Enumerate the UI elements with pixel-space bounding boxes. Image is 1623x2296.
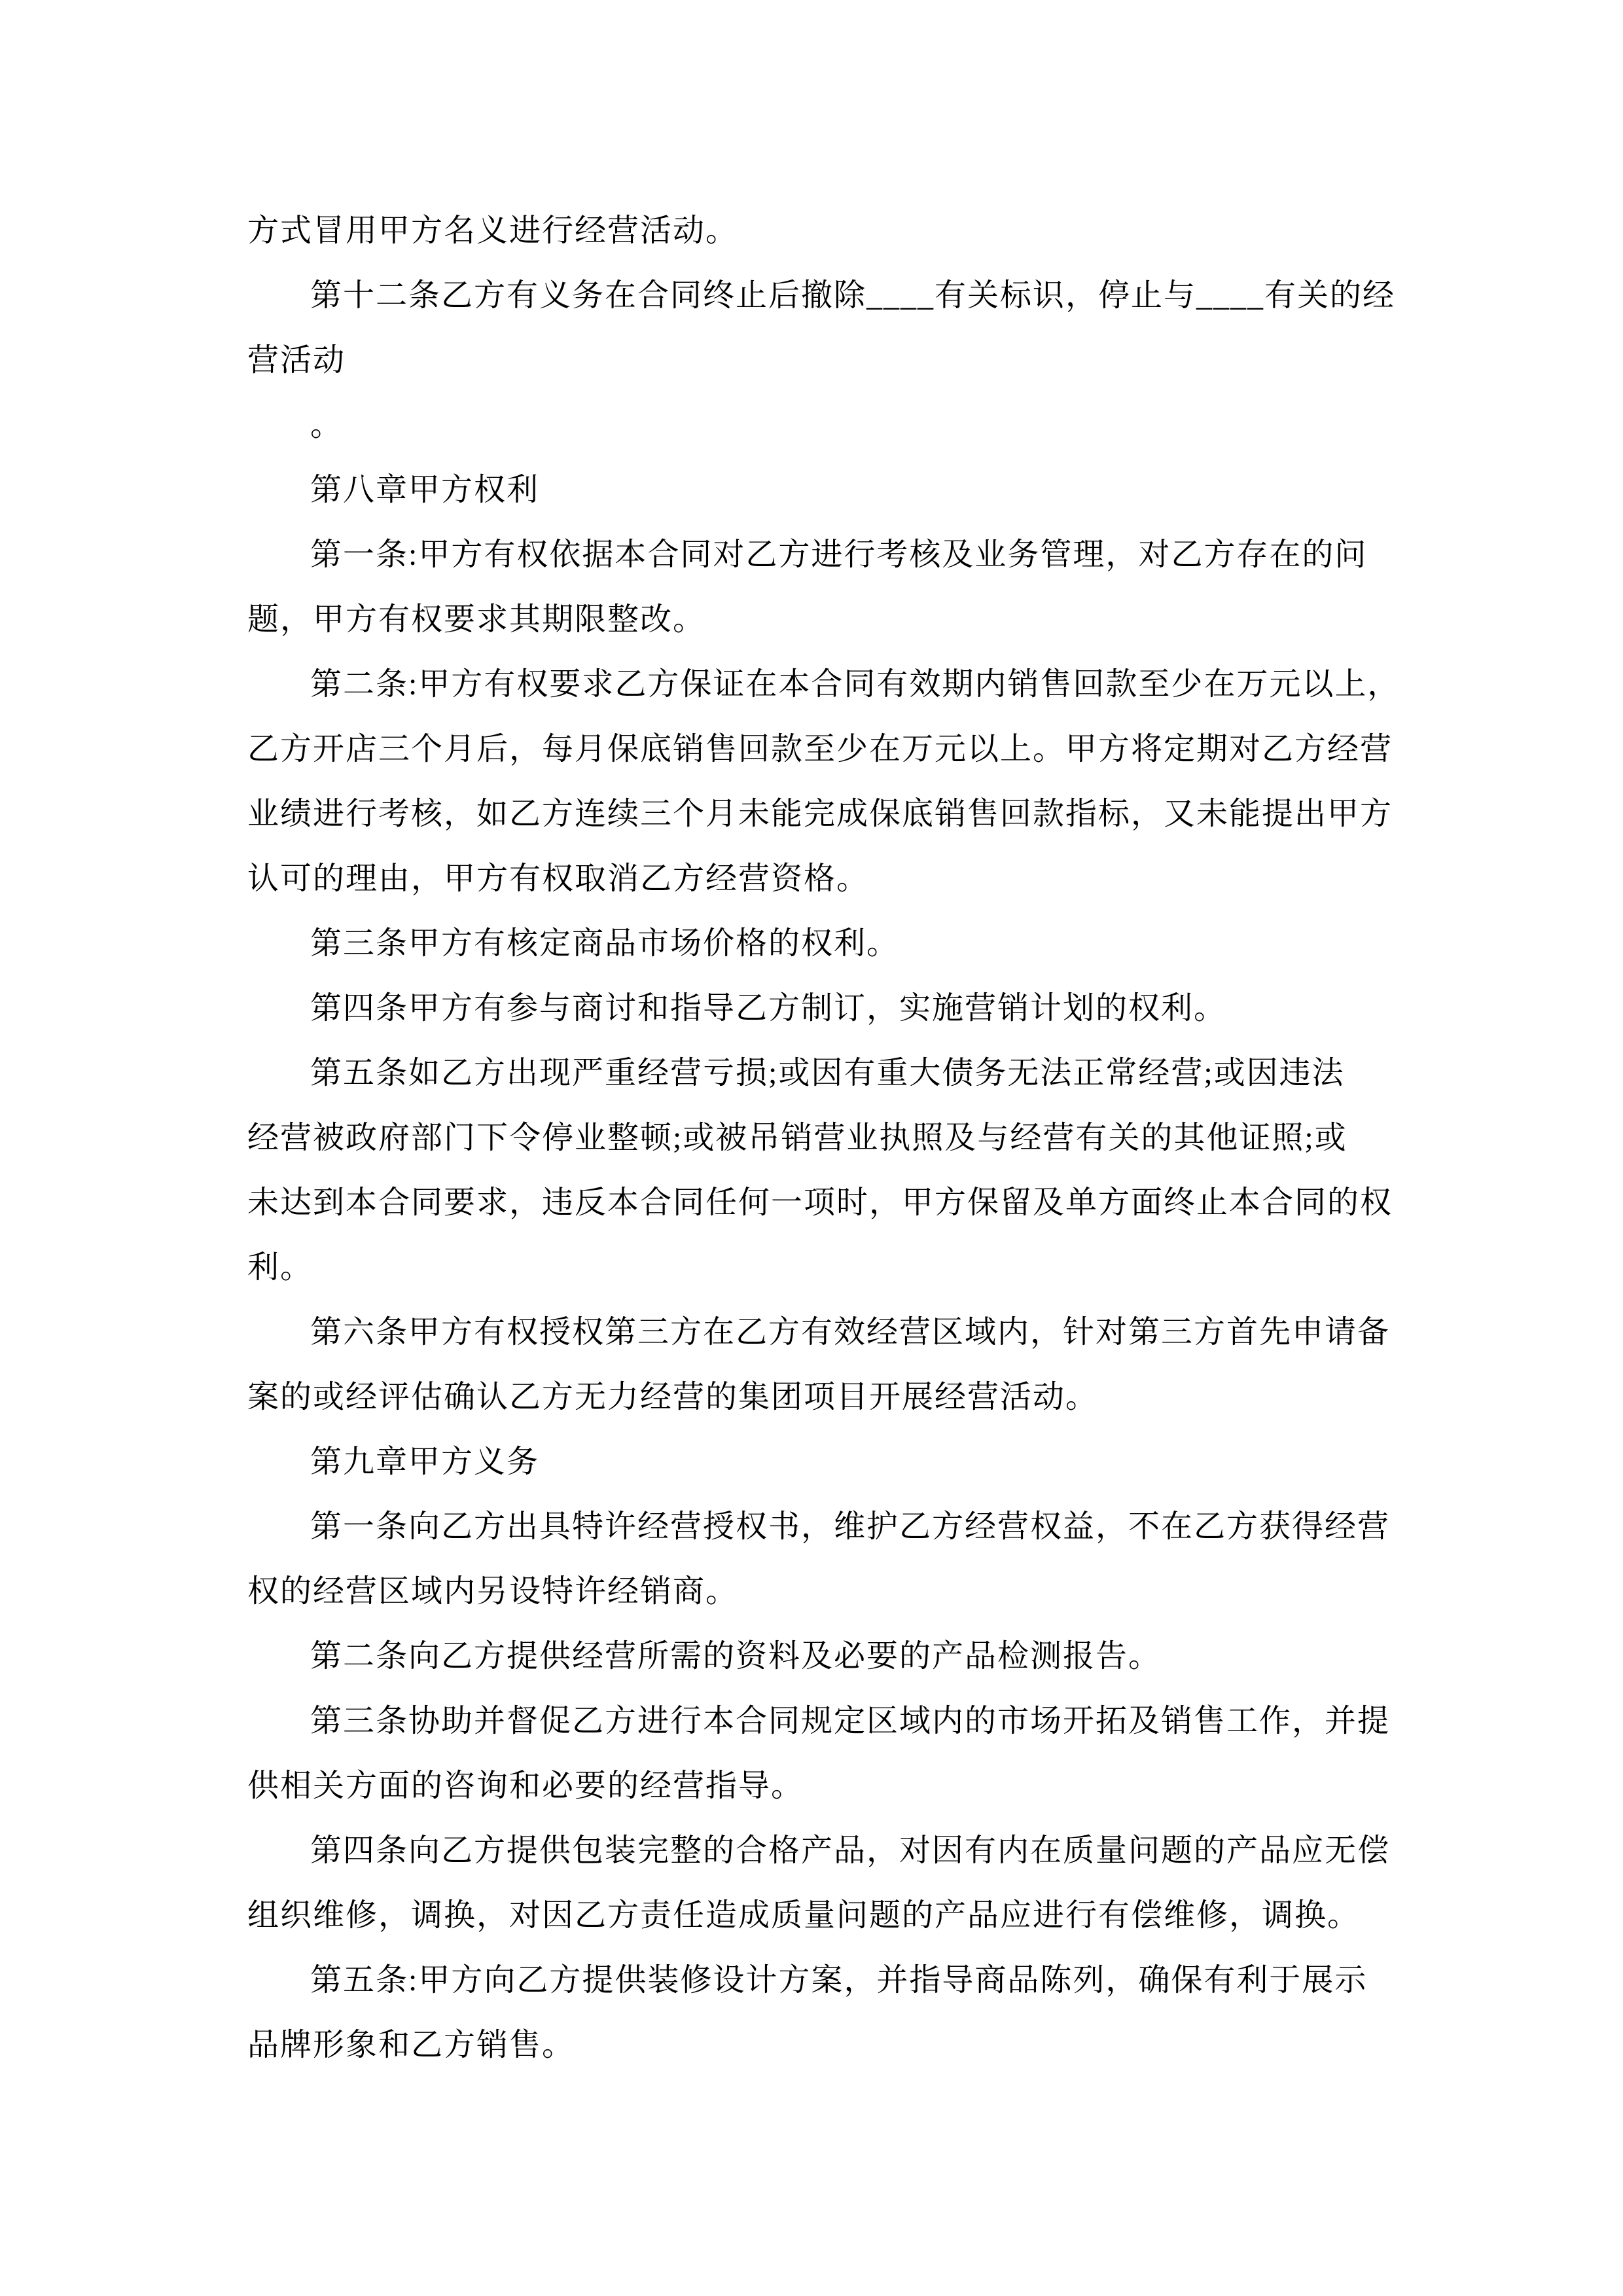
text-line: 第四条甲方有参与商讨和指导乙方制订，实施营销计划的权利。 — [247, 976, 1400, 1041]
text-line: 第九章甲方义务 — [247, 1429, 1400, 1494]
text-line: 题，甲方有权要求其期限整改。 — [247, 587, 1400, 652]
text-line: 第一条向乙方出具特许经营授权书，维护乙方经营权益，不在乙方获得经营 — [247, 1494, 1400, 1559]
text-line: 第三条协助并督促乙方进行本合同规定区域内的市场开拓及销售工作，并提 — [247, 1689, 1400, 1753]
text-line: 。 — [247, 393, 1400, 457]
text-line: 认可的理由，甲方有权取消乙方经营资格。 — [247, 846, 1400, 911]
text-line: 第二条:甲方有权要求乙方保证在本合同有效期内销售回款至少在万元以上， — [247, 652, 1400, 717]
text-line: 第二条向乙方提供经营所需的资料及必要的产品检测报告。 — [247, 1624, 1400, 1689]
text-line: 组织维修，调换，对因乙方责任造成质量问题的产品应进行有偿维修，调换。 — [247, 1883, 1400, 1948]
contract-text: 方式冒用甲方名义进行经营活动。第十二条乙方有义务在合同终止后撤除____有关标识… — [247, 198, 1400, 2077]
text-line: 供相关方面的咨询和必要的经营指导。 — [247, 1753, 1400, 1818]
text-line: 第五条:甲方向乙方提供装修设计方案，并指导商品陈列，确保有利于展示 — [247, 1948, 1400, 2013]
text-line: 方式冒用甲方名义进行经营活动。 — [247, 198, 1400, 263]
text-line: 第一条:甲方有权依据本合同对乙方进行考核及业务管理，对乙方存在的问 — [247, 522, 1400, 587]
text-line: 第三条甲方有核定商品市场价格的权利。 — [247, 911, 1400, 976]
text-line: 营活动 — [247, 328, 1400, 393]
text-line: 乙方开店三个月后，每月保底销售回款至少在万元以上。甲方将定期对乙方经营 — [247, 717, 1400, 781]
text-line: 案的或经评估确认乙方无力经营的集团项目开展经营活动。 — [247, 1365, 1400, 1429]
text-line: 权的经营区域内另设特许经销商。 — [247, 1559, 1400, 1624]
text-line: 第十二条乙方有义务在合同终止后撤除____有关标识，停止与____有关的经 — [247, 263, 1400, 328]
text-line: 第五条如乙方出现严重经营亏损;或因有重大债务无法正常经营;或因违法 — [247, 1041, 1400, 1105]
text-line: 第八章甲方权利 — [247, 457, 1400, 522]
document-page: 方式冒用甲方名义进行经营活动。第十二条乙方有义务在合同终止后撤除____有关标识… — [0, 0, 1623, 2296]
text-line: 未达到本合同要求，违反本合同任何一项时，甲方保留及单方面终止本合同的权 — [247, 1170, 1400, 1235]
text-line: 第四条向乙方提供包装完整的合格产品，对因有内在质量问题的产品应无偿 — [247, 1818, 1400, 1883]
text-line: 经营被政府部门下令停业整顿;或被吊销营业执照及与经营有关的其他证照;或 — [247, 1105, 1400, 1170]
text-line: 利。 — [247, 1235, 1400, 1300]
text-line: 第六条甲方有权授权第三方在乙方有效经营区域内，针对第三方首先申请备 — [247, 1300, 1400, 1365]
text-line: 品牌形象和乙方销售。 — [247, 2013, 1400, 2077]
text-line: 业绩进行考核，如乙方连续三个月未能完成保底销售回款指标，又未能提出甲方 — [247, 781, 1400, 846]
